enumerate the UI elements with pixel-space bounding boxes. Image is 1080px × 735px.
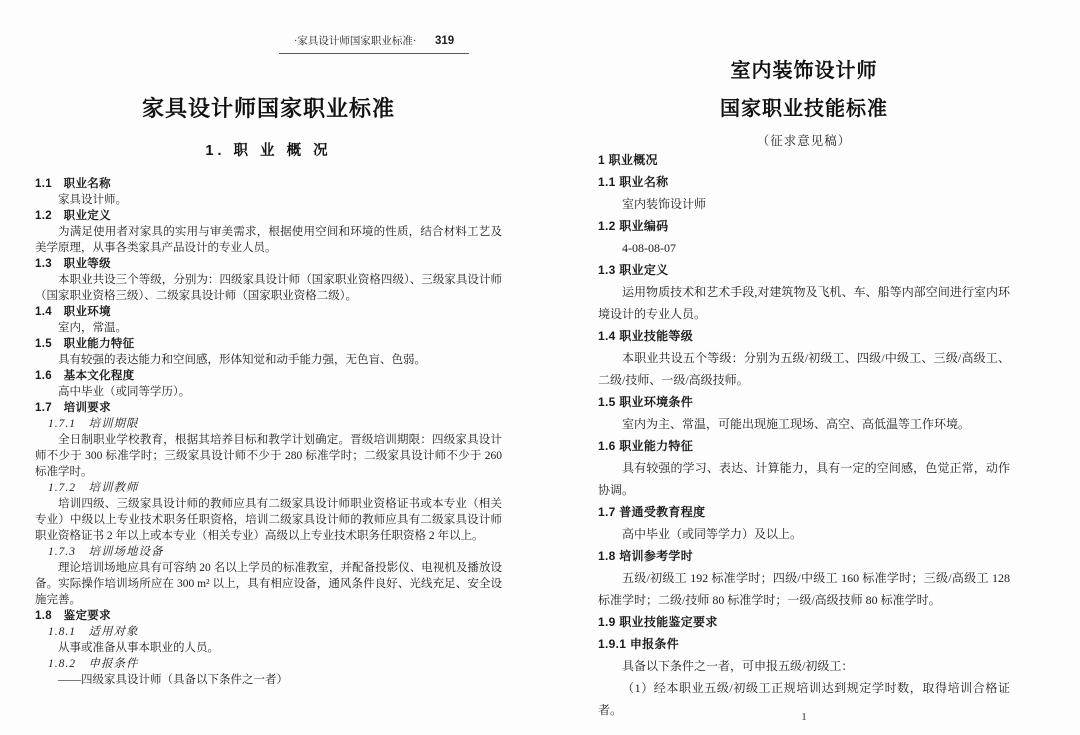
text-block: 具有较强的学习、表达、计算能力，具有一定的空间感，色觉正常，动作协调。	[598, 457, 1010, 501]
running-header-title: ·家具设计师国家职业标准·	[294, 36, 417, 47]
left-page-body: 1.1 职业名称家具设计师。1.2 职业定义为满足使用者对家具的实用与审美需求，…	[35, 176, 502, 688]
text-block: 1.9.1 申报条件	[598, 633, 1010, 655]
left-section-heading: 1. 职 业 概 况	[35, 139, 502, 160]
text-block: 1 职业概况	[598, 149, 1010, 171]
text-block: 4-08-08-07	[598, 237, 1010, 259]
text-block: 本职业共设三个等级，分别为：四级家具设计师（国家职业资格四级）、三级家具设计师（…	[35, 272, 502, 304]
text-block: 1.8 鉴定要求	[35, 608, 502, 624]
page-number: 1	[598, 711, 1010, 723]
text-block: 家具设计师。	[35, 192, 502, 208]
text-block: 室内，常温。	[35, 320, 502, 336]
text-block: 运用物质技术和艺术手段,对建筑物及飞机、车、船等内部空间进行室内环境设计的专业人…	[598, 281, 1010, 325]
text-block: 1.4 职业技能等级	[598, 325, 1010, 347]
text-block: 1.2 职业定义	[35, 208, 502, 224]
right-page-title: 室内装饰设计师 国家职业技能标准	[598, 52, 1010, 128]
text-block: 为满足使用者对家具的实用与审美需求，根据使用空间和环境的性质，结合材料工艺及美学…	[35, 224, 502, 256]
text-block: 1.9 职业技能鉴定要求	[598, 611, 1010, 633]
text-block: 1.7 培训要求	[35, 400, 502, 416]
page-right: 室内装饰设计师 国家职业技能标准 （征求意见稿） 1 职业概况1.1 职业名称室…	[598, 0, 1010, 735]
text-block: 1.7.2 培训教师	[35, 480, 502, 496]
text-block: 理论培训场地应具有可容纳 20 名以上学员的标准教室，并配备投影仪、电视机及播放…	[35, 560, 502, 608]
page-left: ·家具设计师国家职业标准· 319 家具设计师国家职业标准 1. 职 业 概 况…	[35, 0, 502, 735]
text-block: 1.4 职业环境	[35, 304, 502, 320]
text-block: 1.6 基本文化程度	[35, 368, 502, 384]
text-block: 高中毕业（或同等学历）。	[35, 384, 502, 400]
text-block: 1.2 职业编码	[598, 215, 1010, 237]
text-block: 1.5 职业能力特征	[35, 336, 502, 352]
text-block: 1.3 职业定义	[598, 259, 1010, 281]
text-block: 1.8.1 适用对象	[35, 624, 502, 640]
right-page-title-line1: 室内装饰设计师	[598, 52, 1010, 90]
text-block: 从事或准备从事本职业的人员。	[35, 640, 502, 656]
text-block: 全日制职业学校教育，根据其培养目标和教学计划确定。晋级培训期限：四级家具设计师不…	[35, 432, 502, 480]
text-block: 1.1 职业名称	[598, 171, 1010, 193]
text-block: 高中毕业（或同等学力）及以上。	[598, 523, 1010, 545]
text-block: 室内装饰设计师	[598, 193, 1010, 215]
text-block: 室内为主、常温，可能出现施工现场、高空、高低温等工作环境。	[598, 413, 1010, 435]
right-page-body: 1 职业概况1.1 职业名称室内装饰设计师1.2 职业编码4-08-08-071…	[598, 149, 1010, 721]
text-block: 1.1 职业名称	[35, 176, 502, 192]
text-block: 1.7.1 培训期限	[35, 416, 502, 432]
running-header: ·家具设计师国家职业标准· 319	[279, 33, 469, 54]
text-block: 1.6 职业能力特征	[598, 435, 1010, 457]
text-block: 1.7.3 培训场地设备	[35, 544, 502, 560]
text-block: 具备以下条件之一者，可申报五级/初级工：	[598, 655, 1010, 677]
running-header-page-number: 319	[435, 35, 454, 47]
document-canvas: ·家具设计师国家职业标准· 319 家具设计师国家职业标准 1. 职 业 概 况…	[0, 0, 1080, 735]
text-block: 具有较强的表达能力和空间感，形体知觉和动手能力强，无色盲、色弱。	[35, 352, 502, 368]
right-page-title-line2: 国家职业技能标准	[598, 90, 1010, 128]
text-block: 1.8 培训参考学时	[598, 545, 1010, 567]
text-block: 1.3 职业等级	[35, 256, 502, 272]
right-page-subtitle: （征求意见稿）	[598, 131, 1010, 149]
text-block: 培训四级、三级家具设计师的教师应具有二级家具设计师职业资格证书或本专业（相关专业…	[35, 496, 502, 544]
text-block: 1.8.2 申报条件	[35, 656, 502, 672]
left-page-title: 家具设计师国家职业标准	[35, 92, 502, 123]
text-block: 本职业共设五个等级：分别为五级/初级工、四级/中级工、三级/高级工、二级/技师、…	[598, 347, 1010, 391]
text-block: ——四级家具设计师（具备以下条件之一者）	[35, 672, 502, 688]
text-block: 1.7 普通受教育程度	[598, 501, 1010, 523]
text-block: 1.5 职业环境条件	[598, 391, 1010, 413]
text-block: 五级/初级工 192 标准学时；四级/中级工 160 标准学时；三级/高级工 1…	[598, 567, 1010, 611]
